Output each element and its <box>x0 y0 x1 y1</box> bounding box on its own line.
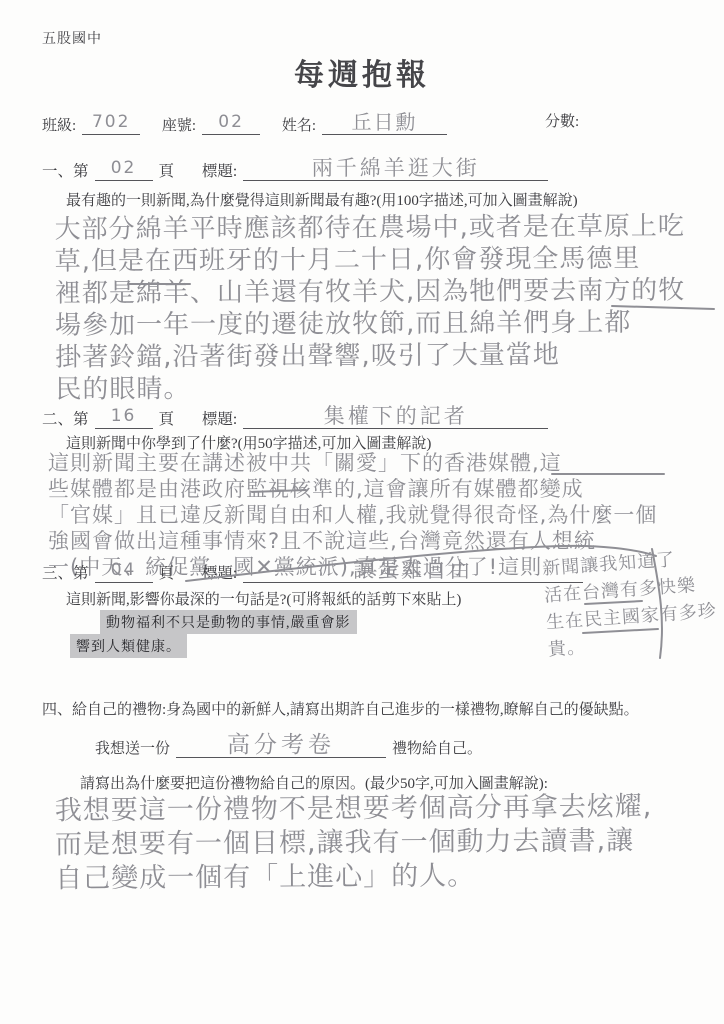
section2-title-field: 集權下的記者 <box>243 404 548 429</box>
worksheet-page: 五股國中 每週抱報 班級:702 座號:02 姓名:丘日勳 分數: 一、第02頁… <box>0 0 724 1024</box>
newspaper-clipping-line2: 響到人類健康。 <box>70 634 187 658</box>
answer-line: 些媒體都是由港政府監視核準的,這會讓所有媒體都變成 <box>48 476 724 502</box>
section4-gift-row: 我想送一份高分考卷禮物給自己。 <box>95 733 482 758</box>
class-field: 702 <box>82 110 140 135</box>
seat-label: 座號: <box>162 118 196 134</box>
score-label: 分數: <box>545 110 579 131</box>
section2-title-value: 集權下的記者 <box>324 404 468 428</box>
answer-line: 裡都是綿羊、山羊還有牧羊犬,因為牠們要去南方的牧 <box>55 274 723 309</box>
gift-field: 高分考卷 <box>176 733 386 758</box>
section4-answer: 我想要這一份禮物不是想要考個高分再拿去炫耀, 而是想要有一個目標,讓我有一個動力… <box>55 790 724 897</box>
answer-line: 而是想要有一個目標,讓我有一個動力去讀書,讓 <box>55 824 723 863</box>
student-info-row: 班級:702 座號:02 姓名:丘日勳 分數: <box>42 110 702 135</box>
section1-number-label: 一、第 <box>42 163 89 180</box>
answer-line: 民的眼睛。 <box>55 370 723 405</box>
answer-line: 草,但是在西班牙的十月二十日,你會發現全馬德里 <box>55 242 723 277</box>
section3-title-label: 標題: <box>202 565 237 582</box>
section1-page-value: 02 <box>111 158 137 178</box>
section1-page-word: 頁 <box>159 163 175 180</box>
section2-number-label: 二、第 <box>42 411 89 428</box>
answer-line: 場參加一年一度的遷徒放牧節,而且綿羊們身上都 <box>55 306 723 341</box>
answer-line: 掛著鈴鐺,沿著街發出聲響,吸引了大量當地 <box>55 338 723 373</box>
section2-title-label: 標題: <box>202 411 237 428</box>
gift-prefix: 我想送一份 <box>95 741 170 757</box>
section3-title-value: 讓蛋雞自由 <box>353 558 473 582</box>
section1-title-field: 兩千綿羊逛大街 <box>243 156 548 181</box>
newspaper-clipping-line1: 動物福利不只是動物的事情,嚴重會影 <box>100 610 357 634</box>
section1-title-value: 兩千綿羊逛大街 <box>312 156 480 180</box>
section1-question: 最有趣的一則新聞,為什麼覺得這則新聞最有趣?(用100字描述,可加入圖畫解說) <box>66 189 578 210</box>
name-value: 丘日勳 <box>352 110 418 134</box>
answer-line: 這則新聞主要在講述被中共「關愛」下的香港媒體,這 <box>48 450 724 476</box>
page-title: 每週抱報 <box>0 50 724 94</box>
answer-line: 我想要這一份禮物不是想要考個高分再拿去炫耀, <box>55 790 723 829</box>
section1-page-field: 02 <box>95 156 153 181</box>
section1-header: 一、第02頁 標題:兩千綿羊逛大街 <box>42 156 554 181</box>
name-label: 姓名: <box>282 118 316 134</box>
section3-title-field: 讓蛋雞自由 <box>243 558 583 583</box>
section1-answer: 大部分綿羊平時應該都待在農場中,或者是在草原上吃 草,但是在西班牙的十月二十日,… <box>55 210 724 405</box>
section2-page-word: 頁 <box>159 411 175 428</box>
section3-page-word: 頁 <box>159 565 175 582</box>
section4-heading: 四、給自己的禮物:身為國中的新鮮人,請寫出期許自己進步的一樣禮物,瞭解自己的優缺… <box>42 698 639 719</box>
section3-header: 三、第04頁 標題:讓蛋雞自由 <box>42 558 589 583</box>
section2-page-value: 16 <box>111 406 137 426</box>
class-label: 班級: <box>42 118 76 134</box>
answer-line: 自己變成一個有「上進心」的人。 <box>55 858 723 897</box>
section2-header: 二、第16頁 標題:集權下的記者 <box>42 404 554 429</box>
section1-title-label: 標題: <box>202 163 237 180</box>
seat-value: 02 <box>218 112 244 132</box>
section4-reason-label: 請寫出為什麼要把這份禮物給自己的原因。(最少50字,可加入圖畫解說): <box>80 772 548 793</box>
section3-page-field: 04 <box>95 558 153 583</box>
seat-field: 02 <box>202 110 260 135</box>
answer-line: 「官媒」且已違反新聞自由和人權,我就覺得很奇怪,為什麼一個 <box>48 502 724 528</box>
gift-suffix: 禮物給自己。 <box>392 741 482 757</box>
section3-question: 這則新聞,影響你最深的一句話是?(可將報紙的話剪下來貼上) <box>66 588 461 609</box>
section3-page-value: 04 <box>111 560 137 580</box>
section2-page-field: 16 <box>95 404 153 429</box>
name-field: 丘日勳 <box>322 110 447 135</box>
class-value: 702 <box>92 112 130 132</box>
section3-number-label: 三、第 <box>42 565 89 582</box>
answer-line: 大部分綿羊平時應該都待在農場中,或者是在草原上吃 <box>55 210 723 245</box>
gift-value: 高分考卷 <box>227 732 335 758</box>
school-name: 五股國中 <box>42 28 102 48</box>
